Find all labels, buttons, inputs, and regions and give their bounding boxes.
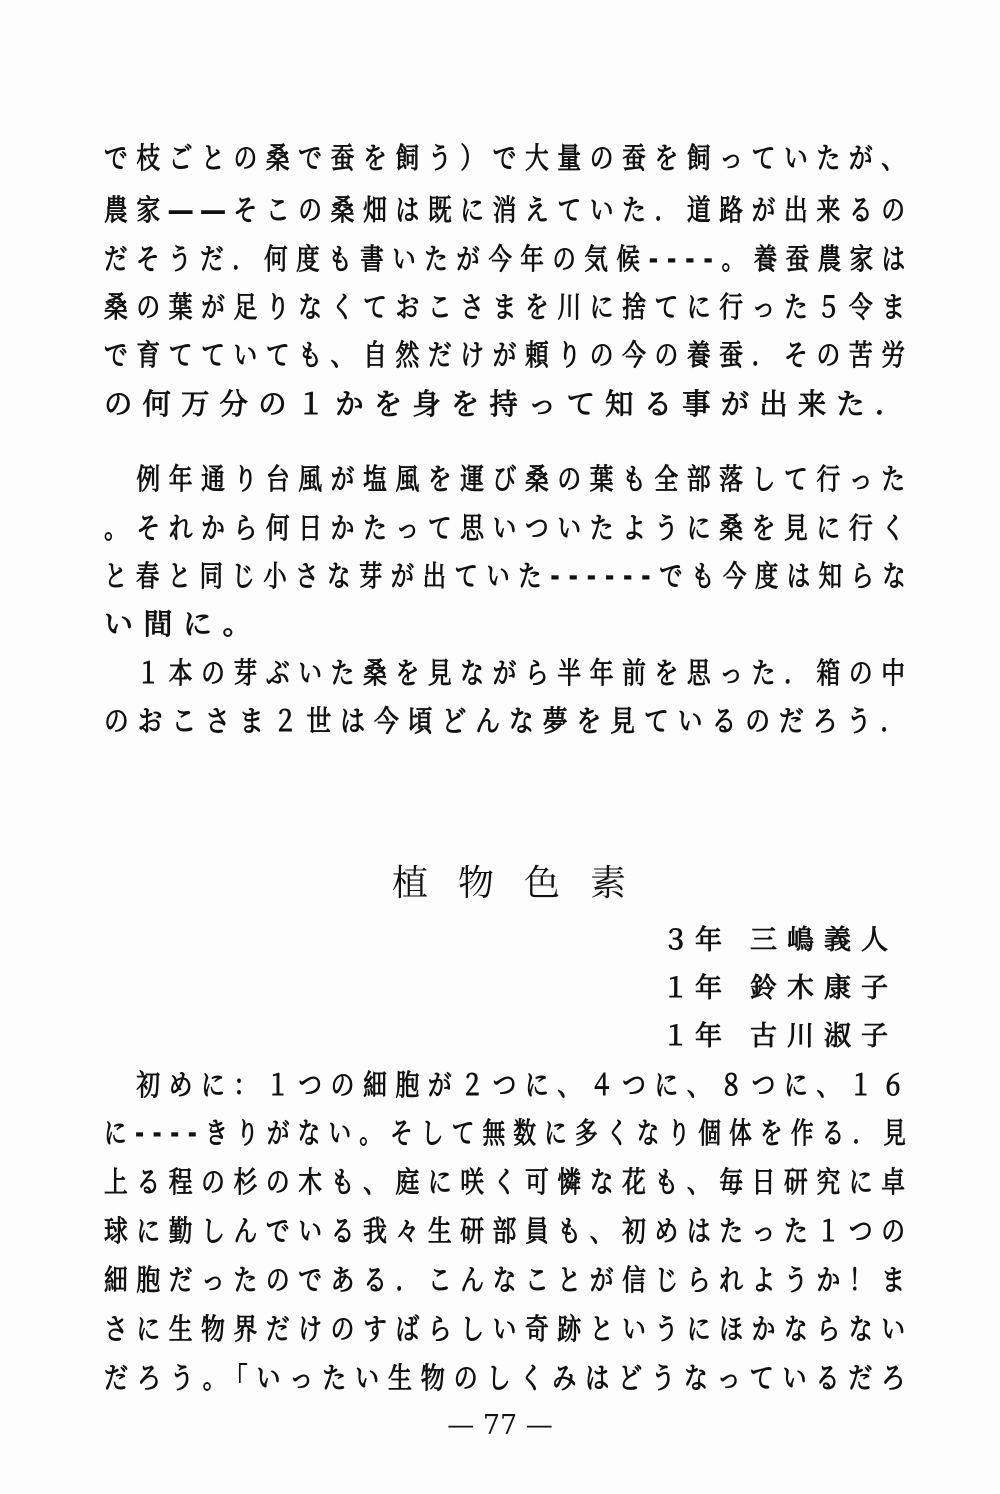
author-name: 三嶋義人 <box>750 925 898 956</box>
page-number: — 77 — <box>0 1408 1000 1444</box>
text-line: 初めに：１つの細胞が２つに、４つに、８つに、１６ <box>104 1067 768 1103</box>
author-entry: １年鈴木康子 <box>662 972 898 1006</box>
text-line: に----きりがない。そして無数に多くなり個体を作る．見 <box>104 1115 736 1151</box>
text-line: 桑の葉が足りなくておこさまを川に捨てに行った５令ま <box>104 289 768 325</box>
author-grade: １年 <box>662 972 750 1006</box>
text-line: だろう。「いったい生物のしくみはどうなっているだろ <box>104 1360 778 1396</box>
author-name: 鈴木康子 <box>750 973 898 1004</box>
text-line: さに生物界だけのすばらしい奇跡というにほかならない <box>104 1311 768 1347</box>
author-grade: ３年 <box>662 924 750 958</box>
author-grade: １年 <box>662 1020 750 1054</box>
text-line: 。それから何日かたって思いついたように桑を見に行く <box>104 510 768 546</box>
text-line: の何万分の１かを身を持って知る事が出来た． <box>104 386 894 422</box>
text-line: 球に勤しんでいる我々生研部員も、初めはたった１つの <box>104 1213 768 1249</box>
text-line: 農家――そこの桑畑は既に消えていた．道路が出来るの <box>104 192 768 228</box>
author-name: 古川淑子 <box>750 1021 898 1052</box>
text-line: 例年通り台風が塩風を運び桑の葉も全部落して行った <box>104 461 768 497</box>
author-entry: １年古川淑子 <box>662 1020 898 1054</box>
author-entry: ３年三嶋義人 <box>662 924 898 958</box>
text-line: で育てていても、自然だけが頼りの今の養蚕．その苦労 <box>104 337 768 373</box>
text-line: 上る程の杉の木も、庭に咲く可憐な花も、毎日研究に卓 <box>104 1164 768 1200</box>
text-line: で枝ごとの桑で蚕を飼う）で大量の蚕を飼っていたが、 <box>104 140 768 176</box>
text-line: だそうだ．何度も書いたが今年の気候----。養蚕農家は <box>104 241 761 277</box>
text-line: い間に。 <box>104 606 914 642</box>
text-line: 細胞だったのである．こんなことが信じられようか！ま <box>104 1262 768 1298</box>
text-line: １本の芽ぶいた桑を見ながら半年前を思った．箱の中 <box>104 655 768 691</box>
text-line: のおこさま２世は今頃どんな夢を見ているのだろう． <box>104 703 796 739</box>
text-line: と春と同じ小さな芽が出ていた------でも今度は知らな <box>104 558 757 594</box>
article-title: 植物色素 <box>392 862 656 906</box>
